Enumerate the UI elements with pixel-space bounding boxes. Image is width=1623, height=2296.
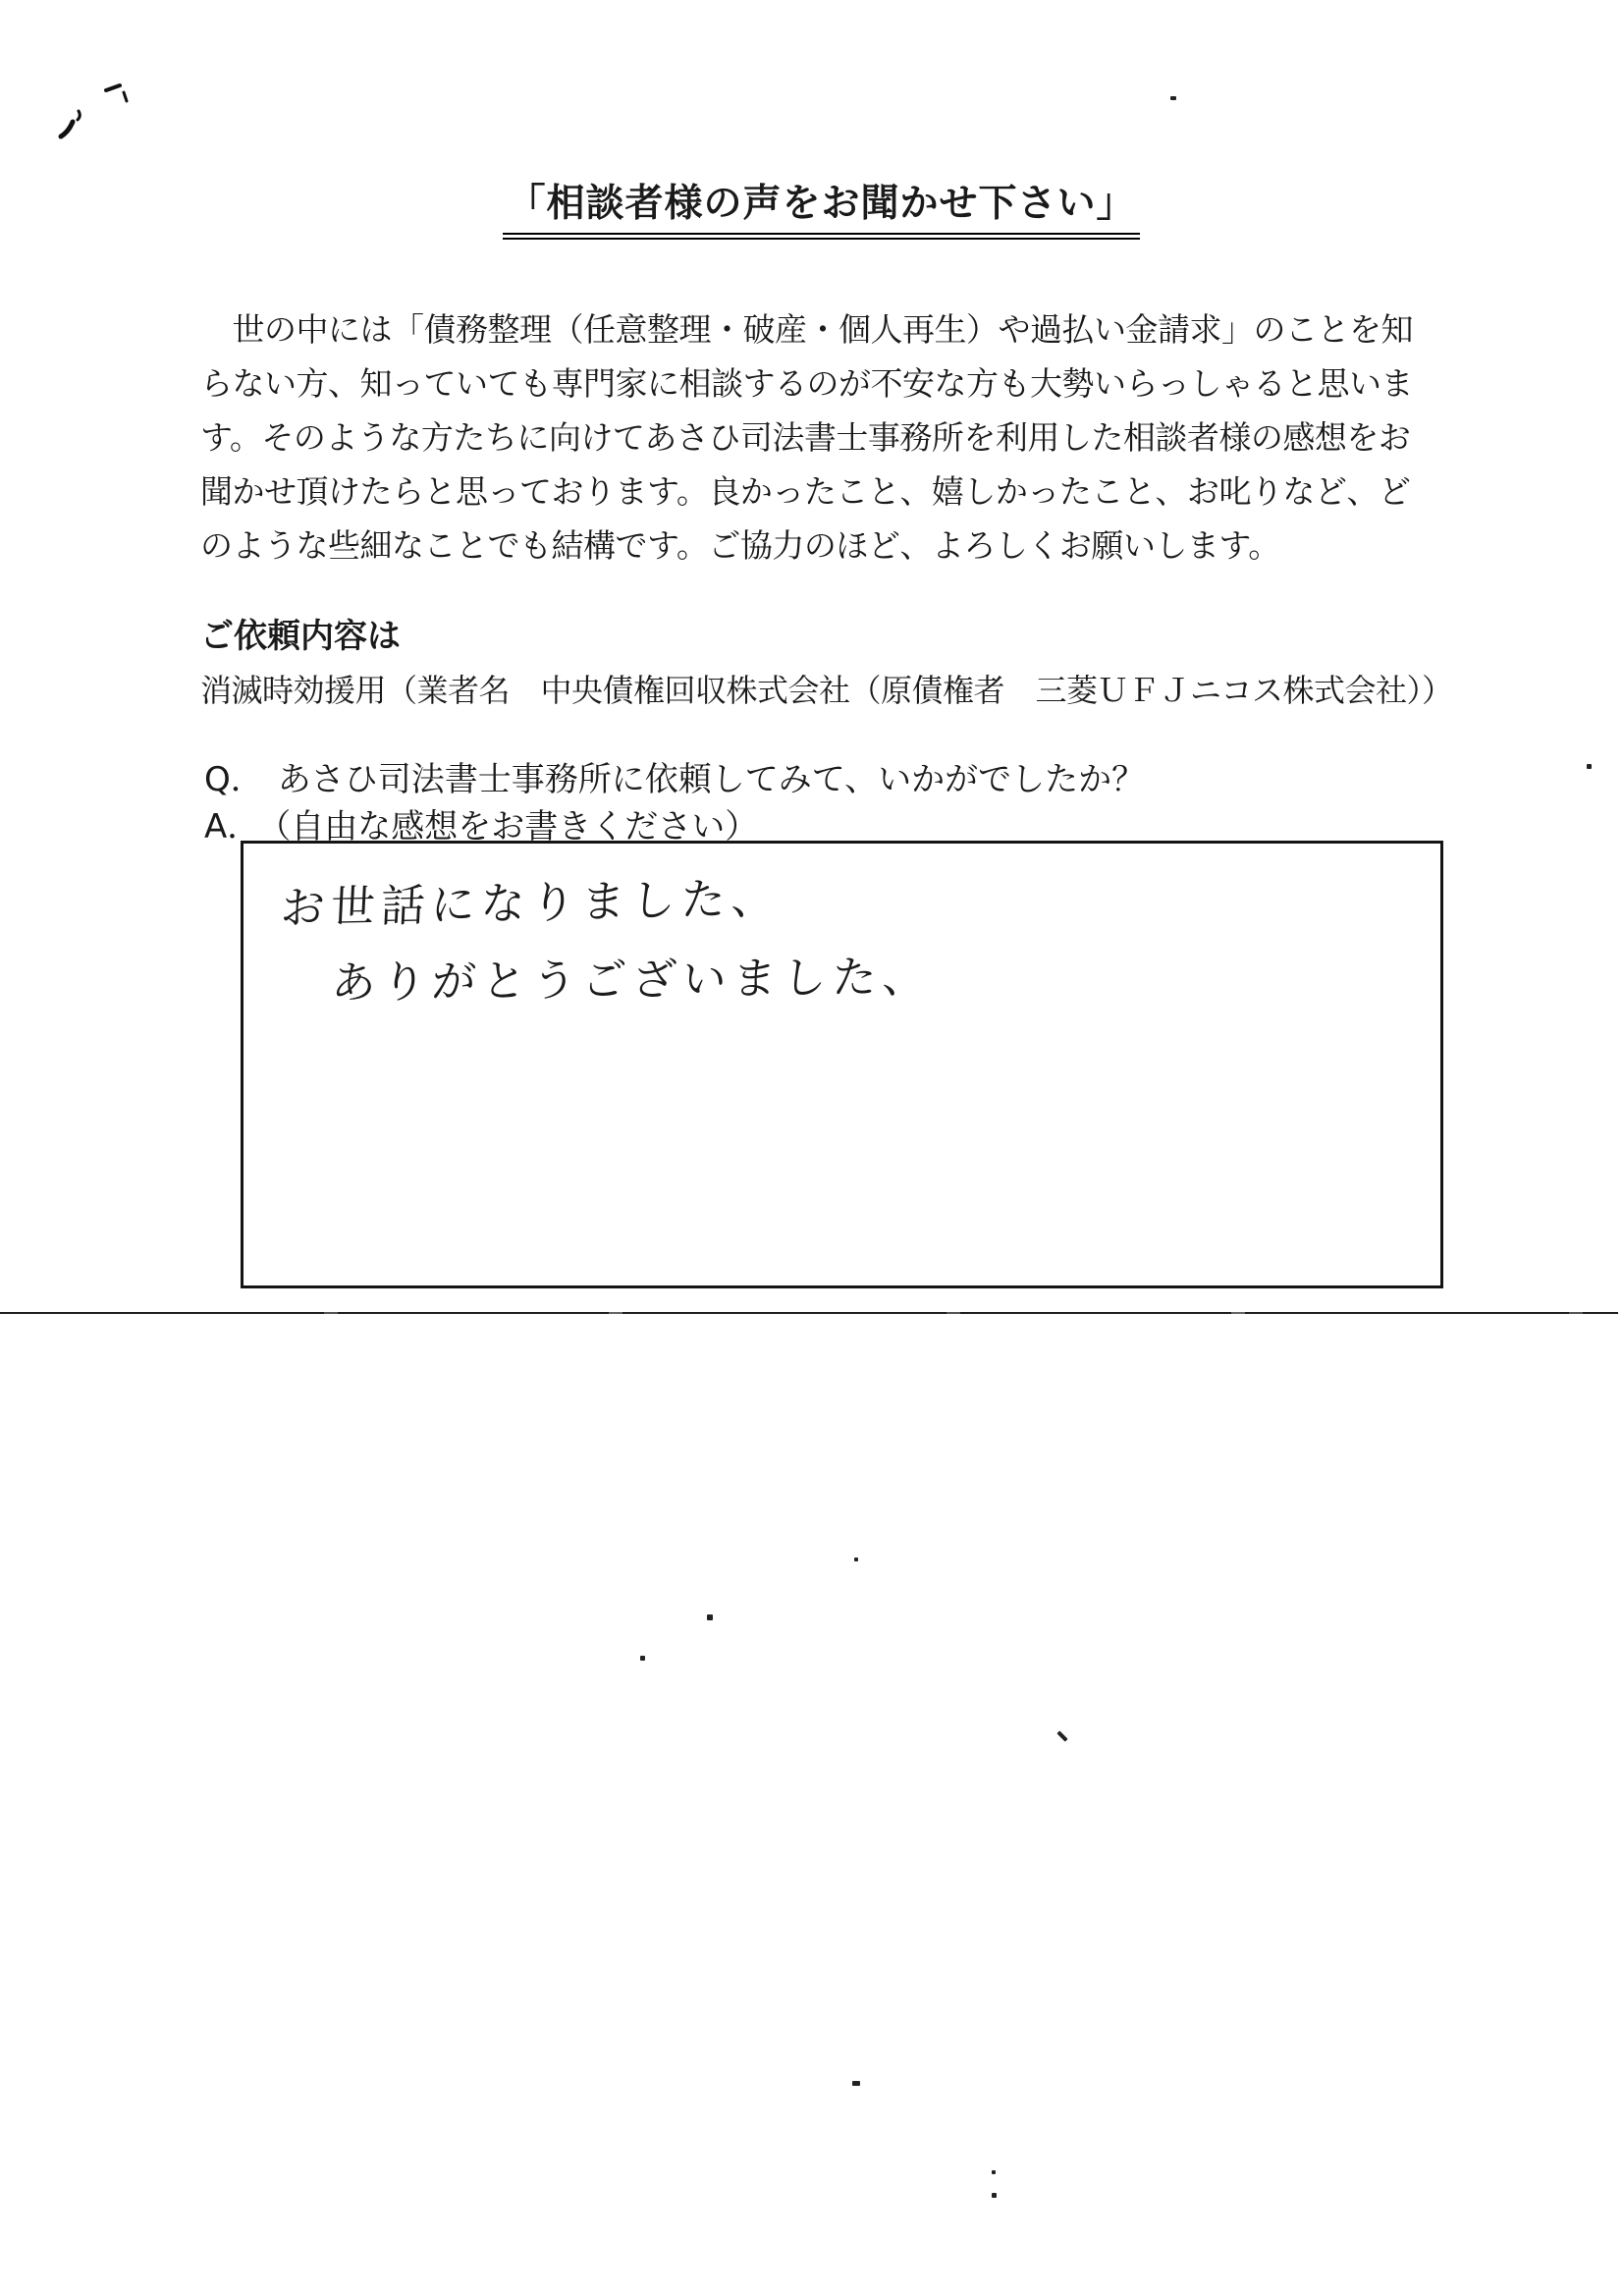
answer-box: お世話になりました、 ありがとうございました、 — [241, 841, 1443, 1288]
intro-paragraph: 世の中には「債務整理（任意整理・破産・個人再生）や過払い金請求」のことを知 らな… — [200, 302, 1477, 573]
intro-line: らない方、知っていても専門家に相談するのが不安な方も大勢いらっしゃると思いま — [200, 356, 1477, 410]
page-title-text: 「相談者様の声をお聞かせ下さい」 — [503, 173, 1139, 240]
scan-speck — [992, 2193, 997, 2198]
question-label: Q． — [204, 760, 264, 799]
scan-speck — [1056, 1730, 1067, 1741]
question-text: あさひ司法書士事務所に依頼してみて、いかがでしたか？ — [278, 760, 1145, 799]
scan-speck — [992, 2170, 996, 2174]
scan-speck — [854, 1558, 858, 1561]
intro-line: 世の中には「債務整理（任意整理・破産・個人再生）や過払い金請求」のことを知 — [200, 302, 1477, 356]
intro-line: のような些細なことでも結構です。ご協力のほど、よろしくお願いします。 — [200, 519, 1477, 573]
intro-line: す。そのような方たちに向けてあさひ司法書士事務所を利用した相談者様の感想をお — [200, 410, 1477, 465]
intro-line: 聞かせ頂けたらと思っております。良かったこと、嬉しかったこと、お叱りなど、ど — [200, 465, 1477, 519]
ink-smudge-marks — [39, 57, 196, 185]
page-title: 「相談者様の声をお聞かせ下さい」 — [10, 173, 1623, 240]
handwritten-answer-line-2: ありがとうございました、 — [330, 941, 935, 1011]
scan-speck — [1170, 96, 1176, 100]
scan-speck — [640, 1656, 645, 1661]
scan-speck — [707, 1614, 713, 1620]
scan-speck — [852, 2081, 860, 2086]
question-line: Q．あさひ司法書士事務所に依頼してみて、いかがでしたか？ — [204, 752, 1145, 800]
request-detail: 消滅時効援用（業者名 中央債権回収株式会社（原債権者 三菱ＵＦＪニコス株式会社）… — [200, 666, 1453, 711]
page-separator-line — [0, 1312, 1618, 1314]
handwritten-answer-line-1: お世話になりました、 — [279, 862, 783, 937]
request-heading: ご依頼内容は — [200, 609, 401, 657]
scan-speck — [1587, 764, 1592, 769]
scanned-feedback-form-page: 「相談者様の声をお聞かせ下さい」 世の中には「債務整理（任意整理・破産・個人再生… — [0, 0, 1623, 2296]
